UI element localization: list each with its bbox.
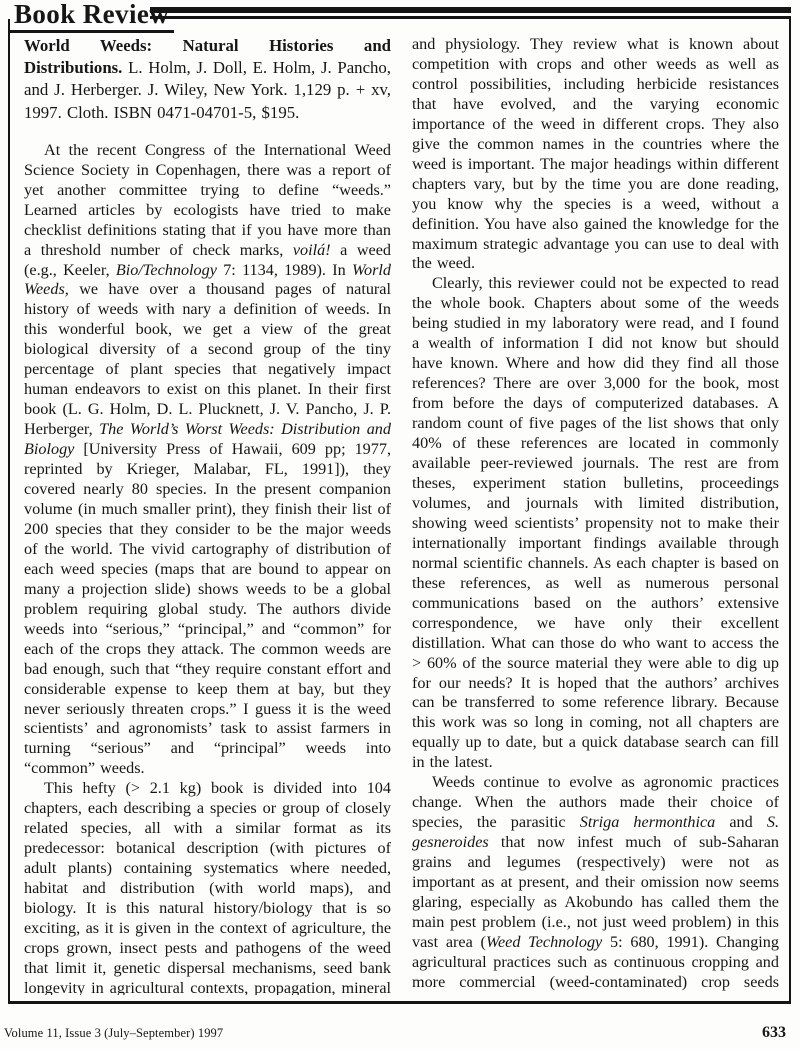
footer-issue-line: Volume 11, Issue 3 (July–September) 1997 bbox=[4, 1026, 223, 1041]
paragraph-book-structure: This hefty (> 2.1 kg) book is divided in… bbox=[24, 779, 391, 995]
footer-page-number: 633 bbox=[762, 1024, 786, 1042]
header-double-rule bbox=[150, 7, 791, 19]
paragraph-weeds-evolve: Weeds continue to evolve as agronomic pr… bbox=[412, 773, 779, 995]
paragraph-structure-continued: and physiology. They review what is know… bbox=[412, 35, 779, 274]
paragraph-intro: At the recent Congress of the Internatio… bbox=[24, 141, 391, 780]
page-footer: Volume 11, Issue 3 (July–September) 1997… bbox=[4, 1024, 786, 1042]
right-column: and physiology. They review what is know… bbox=[412, 35, 779, 995]
journal-page: Book Review World Weeds: Natural Histori… bbox=[0, 0, 800, 1049]
paragraph-references: Clearly, this reviewer could not be expe… bbox=[412, 274, 779, 773]
book-citation: World Weeds: Natural Histories and Distr… bbox=[24, 35, 391, 124]
left-column: World Weeds: Natural Histories and Distr… bbox=[24, 35, 391, 995]
review-frame: World Weeds: Natural Histories and Distr… bbox=[8, 19, 791, 1004]
